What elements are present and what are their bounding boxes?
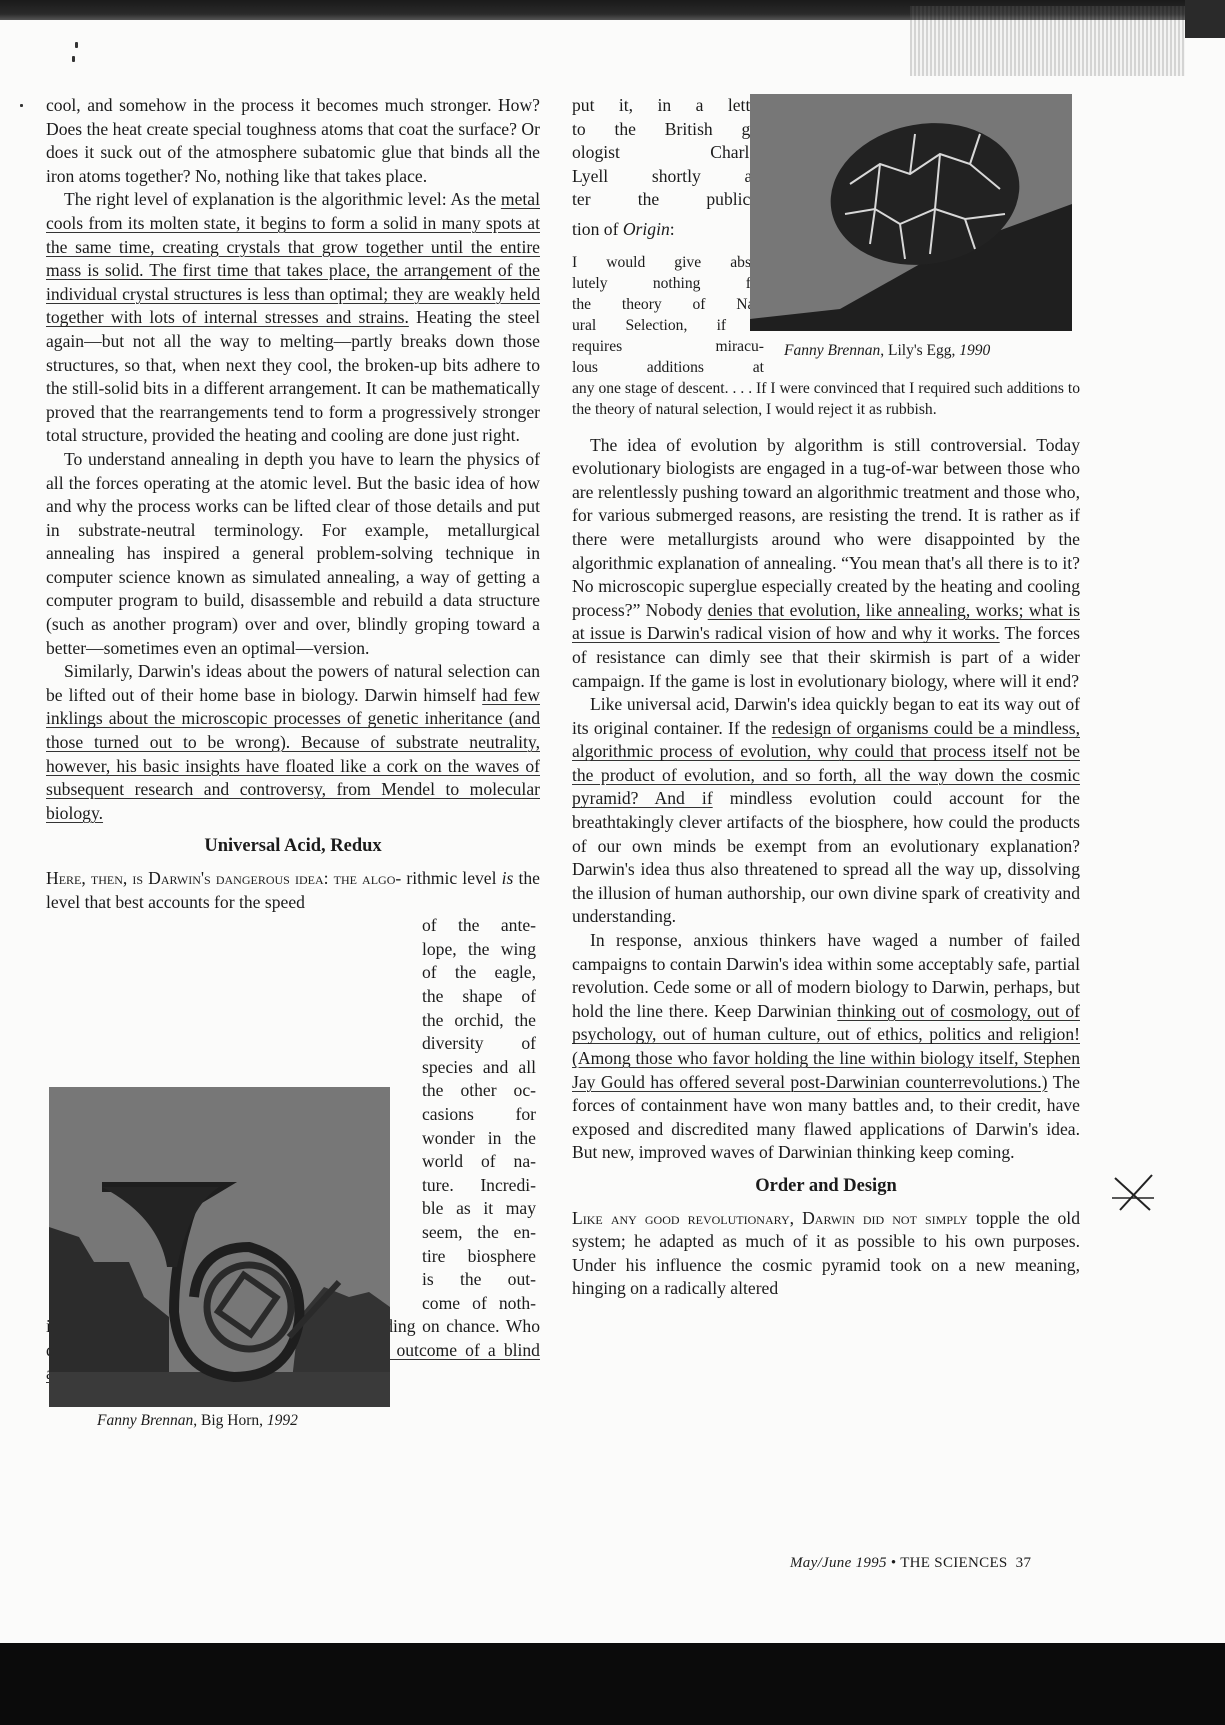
- scan-noise: [910, 6, 1185, 76]
- caption-title: Lily's Egg: [888, 342, 952, 359]
- caption-year: 1992: [267, 1412, 298, 1429]
- section-heading: Universal Acid, Redux: [46, 835, 540, 859]
- figure-caption: Fanny Brennan, Big Horn, 1992: [97, 1412, 298, 1430]
- intro-last-line: tion of Origin:: [572, 218, 764, 242]
- small-caps-lead: Here, then, is Darwin's dangerous idea: …: [46, 868, 401, 888]
- text-line: to the British ge-: [572, 118, 764, 142]
- text: The idea of evolution by algorithm is st…: [572, 435, 1080, 620]
- text-line: seem, the en-: [422, 1221, 536, 1245]
- scan-speck: [20, 104, 23, 107]
- text-line: of the eagle,: [422, 961, 536, 985]
- text-line: come of noth-: [422, 1292, 536, 1316]
- underlined-text: had few inklings about the microscopic p…: [46, 685, 540, 823]
- paragraph: Like any good revolutionary, Darwin did …: [572, 1207, 1080, 1301]
- horn-illustration: [49, 1087, 390, 1407]
- paragraph: In response, anxious thinkers have waged…: [572, 929, 1080, 1165]
- text-wrap-around-figure: of the ante-lope, the wingof the eagle,t…: [422, 914, 536, 1315]
- text-line: the shape of: [422, 985, 536, 1009]
- text-line: ural Selection, if it: [572, 315, 764, 336]
- text-line: lous additions at: [572, 357, 764, 378]
- text-line: the other oc-: [422, 1079, 536, 1103]
- page-footer: May/June 1995 • THE SCIENCES 37: [790, 1555, 1031, 1572]
- text-line: lope, the wing: [422, 938, 536, 962]
- handwritten-x-mark-icon: [1110, 1170, 1160, 1220]
- text-line: is the out-: [422, 1268, 536, 1292]
- block-quote-wrapped: I would give abso-lutely nothing forthe …: [572, 252, 764, 378]
- text-line: wonder in the: [422, 1127, 536, 1151]
- caption-year: 1990: [959, 342, 990, 359]
- block-quote-tail: any one stage of descent. . . . If I wer…: [572, 378, 1080, 420]
- paragraph: cool, and somehow in the process it beco…: [46, 94, 540, 188]
- artwork-image: [750, 94, 1072, 331]
- paragraph: Like universal acid, Darwin's idea quick…: [572, 693, 1080, 929]
- scan-speck: [75, 42, 78, 48]
- paragraph: Here, then, is Darwin's dangerous idea: …: [46, 867, 540, 914]
- emphasis: is: [502, 868, 514, 888]
- figure-caption: Fanny Brennan, Lily's Egg, 1990: [784, 342, 990, 360]
- scan-speck: [72, 56, 75, 62]
- text-line: the orchid, the: [422, 1009, 536, 1033]
- book-title: Origin: [623, 219, 670, 239]
- caption-artist: Fanny Brennan: [784, 342, 880, 359]
- artwork-image: [49, 1087, 390, 1407]
- text: The right level of explanation is the al…: [64, 189, 501, 209]
- section-heading: Order and Design: [572, 1175, 1080, 1199]
- text-line: the theory of Nat-: [572, 294, 764, 315]
- bullet-separator: •: [891, 1555, 897, 1571]
- small-caps-lead: Like any good revolutionary, Darwin did …: [572, 1208, 968, 1228]
- caption-artist: Fanny Brennan: [97, 1412, 193, 1429]
- text-line: ter the publica-: [572, 188, 764, 212]
- page-number: 37: [1016, 1555, 1032, 1571]
- publication-name: THE SCIENCES: [900, 1555, 1007, 1571]
- text: mindless evolution could account for the…: [572, 788, 1080, 926]
- text-line: lutely nothing for: [572, 273, 764, 294]
- text-line: of the ante-: [422, 914, 536, 938]
- text-wrap-around-figure: put it, in a letterto the British ge-olo…: [572, 94, 764, 212]
- text: tion of: [572, 219, 623, 239]
- text: :: [670, 219, 675, 239]
- text: Similarly, Darwin's ideas about the powe…: [46, 661, 540, 705]
- text-line: tire biosphere: [422, 1245, 536, 1269]
- text-line: requires miracu-: [572, 336, 764, 357]
- text-line: I would give abso-: [572, 252, 764, 273]
- text-line: diversity of: [422, 1032, 536, 1056]
- text-line: ble as it may: [422, 1197, 536, 1221]
- text: Heating the steel again—but not all the …: [46, 307, 540, 445]
- paragraph: Similarly, Darwin's ideas about the powe…: [46, 660, 540, 825]
- text-line: ture. Incredi-: [422, 1174, 536, 1198]
- caption-title: Big Horn: [201, 1412, 259, 1429]
- text-line: Lyell shortly af-: [572, 165, 764, 189]
- paragraph: The idea of evolution by algorithm is st…: [572, 434, 1080, 694]
- issue-date: May/June 1995: [790, 1555, 887, 1571]
- scan-bottom-edge: [0, 1643, 1225, 1725]
- egg-illustration: [750, 94, 1072, 331]
- text-line: world of na-: [422, 1150, 536, 1174]
- text-line: casions for: [422, 1103, 536, 1127]
- text-line: species and all: [422, 1056, 536, 1080]
- spacer: [572, 420, 1080, 434]
- scan-corner: [1185, 0, 1225, 38]
- text: rithmic level: [406, 868, 501, 888]
- text-line: ologist Charles: [572, 141, 764, 165]
- paragraph: The right level of explanation is the al…: [46, 188, 540, 448]
- text-line: put it, in a letter: [572, 94, 764, 118]
- paragraph: To understand annealing in depth you hav…: [46, 448, 540, 660]
